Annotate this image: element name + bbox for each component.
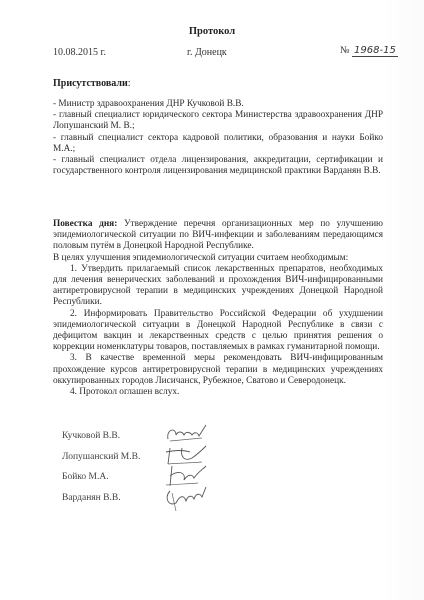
signatory-name: Лопушанский М.В.: [62, 452, 140, 462]
document-number: № 1968-15: [340, 45, 398, 56]
attendee-item: - главный специалист сектора кадровой по…: [53, 133, 383, 155]
attendee-item: - Министр здравоохранения ДНР Кучковой В…: [53, 99, 383, 110]
document-date: 10.08.2015 г.: [53, 47, 106, 58]
agenda-paragraph: Повестка дня: Утверждение перечня органи…: [53, 219, 383, 253]
signatory-name: Бойко М.А.: [62, 472, 109, 482]
agenda-item: 3. В качестве временной меры рекомендова…: [53, 353, 383, 387]
agenda-item: 4. Протокол оглашен вслух.: [53, 387, 383, 398]
signatory-name: Варданян В.В.: [62, 493, 121, 503]
agenda-item: 1. Утвердить прилагаемый список лекарств…: [53, 264, 383, 309]
handwritten-signature-icon: [162, 485, 222, 511]
agenda-label: Повестка дня:: [53, 219, 117, 229]
attendees-heading-colon: :: [128, 78, 131, 89]
signature-row: Варданян В.В.: [62, 493, 312, 514]
agenda-section: Повестка дня: Утверждение перечня органи…: [53, 219, 383, 398]
document-city: г. Донецк: [187, 47, 227, 58]
attendees-heading: Присутствовали:: [53, 78, 131, 89]
document-page: Протокол 10.08.2015 г. г. Донецк № 1968-…: [0, 0, 424, 600]
number-value: 1968-15: [352, 45, 398, 57]
attendees-heading-label: Присутствовали: [53, 78, 128, 89]
signatures-block: Кучковой В.В. Лопушанский М.В. Бойко М.А…: [62, 431, 312, 513]
number-prefix: №: [340, 45, 350, 56]
agenda-intro: В целях улучшения эпидемиологической сит…: [53, 253, 383, 264]
attendee-item: - главный специалист юридического сектор…: [53, 110, 383, 132]
signatory-name: Кучковой В.В.: [62, 431, 120, 441]
attendee-item: - главный специалист отдела лицензирован…: [53, 155, 383, 177]
scan-shading: [384, 0, 424, 600]
attendees-list: - Министр здравоохранения ДНР Кучковой В…: [53, 99, 383, 177]
agenda-item: 2. Информировать Правительство Российско…: [53, 309, 383, 354]
document-title: Протокол: [0, 26, 424, 37]
